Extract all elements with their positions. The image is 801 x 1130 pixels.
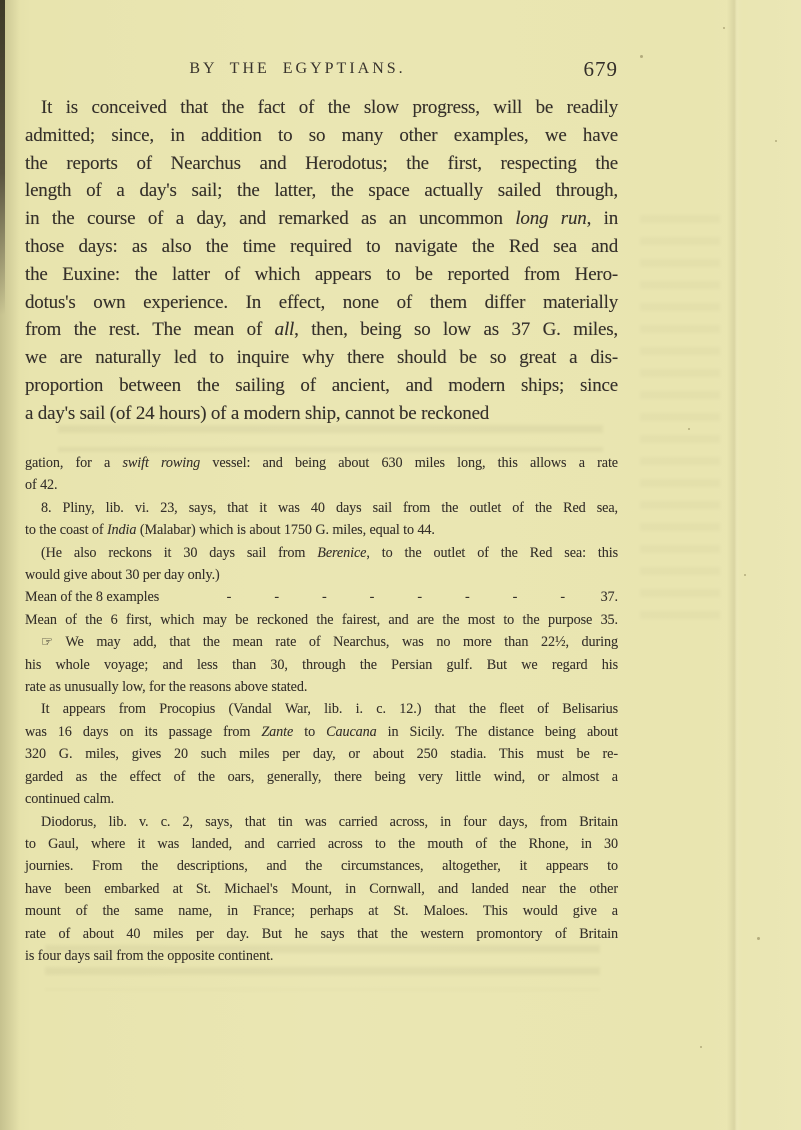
text-line: It is conceived that the fact of the slo… xyxy=(25,94,618,122)
pointing-hand-icon: ☞ xyxy=(41,634,53,650)
text-line: his whole voyage; and less than 30, thro… xyxy=(25,654,618,676)
text-line: gation, for a swift rowing vessel: and b… xyxy=(25,452,618,474)
text-line: 8. Pliny, lib. vi. 23, says, that it was… xyxy=(25,497,618,519)
text-line: to Gaul, where it was landed, and carrie… xyxy=(25,833,618,855)
paper-speck xyxy=(757,937,760,940)
text-line: admitted; since, in addition to so many … xyxy=(25,122,618,150)
paper-speck xyxy=(640,55,643,58)
text-line: length of a day's sail; the latter, the … xyxy=(25,177,618,205)
text-line: would give about 30 per day only.) xyxy=(25,564,618,586)
text-line: ☞ We may add, that the mean rate of Near… xyxy=(25,631,618,653)
text-line: have been embarked at St. Michael's Moun… xyxy=(25,878,618,900)
leader-dashes: -------- xyxy=(205,586,586,608)
text-line: of 42. xyxy=(25,474,618,496)
text-line: rate as unusually low, for the reasons a… xyxy=(25,676,618,698)
paper-speck xyxy=(688,428,690,430)
bleedthrough-ghost xyxy=(640,210,720,630)
text-line: garded as the effect of the oars, genera… xyxy=(25,766,618,788)
footnote-section: gation, for a swift rowing vessel: and b… xyxy=(25,452,618,967)
text-line: journies. From the descriptions, and the… xyxy=(25,855,618,877)
header-title: BY THE EGYPTIANS. xyxy=(1,60,594,78)
text-line: in the course of a day, and remarked as … xyxy=(25,205,618,233)
text-line: It appears from Procopius (Vandal War, l… xyxy=(25,698,618,720)
text-line: is four days sail from the opposite cont… xyxy=(25,945,618,967)
text-line: mount of the same name, in France; perha… xyxy=(25,900,618,922)
text-line: the reports of Nearchus and Herodotus; t… xyxy=(25,150,618,178)
text-line: dotus's own experience. In effect, none … xyxy=(25,289,618,317)
paper-speck xyxy=(723,27,725,29)
text-line: proportion between the sailing of ancien… xyxy=(25,372,618,400)
leader-line: Mean of the 8 examples--------37. xyxy=(25,586,618,608)
text-line: rate of about 40 miles per day. But he s… xyxy=(25,923,618,945)
text-line: Mean of the 6 first, which may be reckon… xyxy=(25,609,618,631)
running-header: BY THE EGYPTIANS. 679 xyxy=(25,57,618,83)
text-line: we are naturally led to inquire why ther… xyxy=(25,344,618,372)
text-line: was 16 days on its passage from Zante to… xyxy=(25,721,618,743)
leader-value: 37. xyxy=(601,586,618,608)
text-line: (He also reckons it 30 days sail from Be… xyxy=(25,542,618,564)
page-crease xyxy=(727,0,743,1130)
text-line: the Euxine: the latter of which appears … xyxy=(25,261,618,289)
text-line: those days: as also the time required to… xyxy=(25,233,618,261)
paper-speck xyxy=(744,574,746,576)
text-line: 320 G. miles, gives 20 such miles per da… xyxy=(25,743,618,765)
text-line: continued calm. xyxy=(25,788,618,810)
paper-speck xyxy=(700,1046,702,1048)
text-line: a day's sail (of 24 hours) of a modern s… xyxy=(25,400,618,428)
book-page: BY THE EGYPTIANS. 679 It is conceived th… xyxy=(0,0,801,1130)
page-number: 679 xyxy=(584,57,619,82)
scan-edge-strip xyxy=(0,0,5,315)
paper-speck xyxy=(775,140,777,142)
text-line: Diodorus, lib. v. c. 2, says, that tin w… xyxy=(25,811,618,833)
text-line: from the rest. The mean of all, then, be… xyxy=(25,316,618,344)
text-line: to the coast of India (Malabar) which is… xyxy=(25,519,618,541)
leader-label: Mean of the 8 examples xyxy=(25,586,159,608)
main-paragraph: It is conceived that the fact of the slo… xyxy=(25,94,618,428)
